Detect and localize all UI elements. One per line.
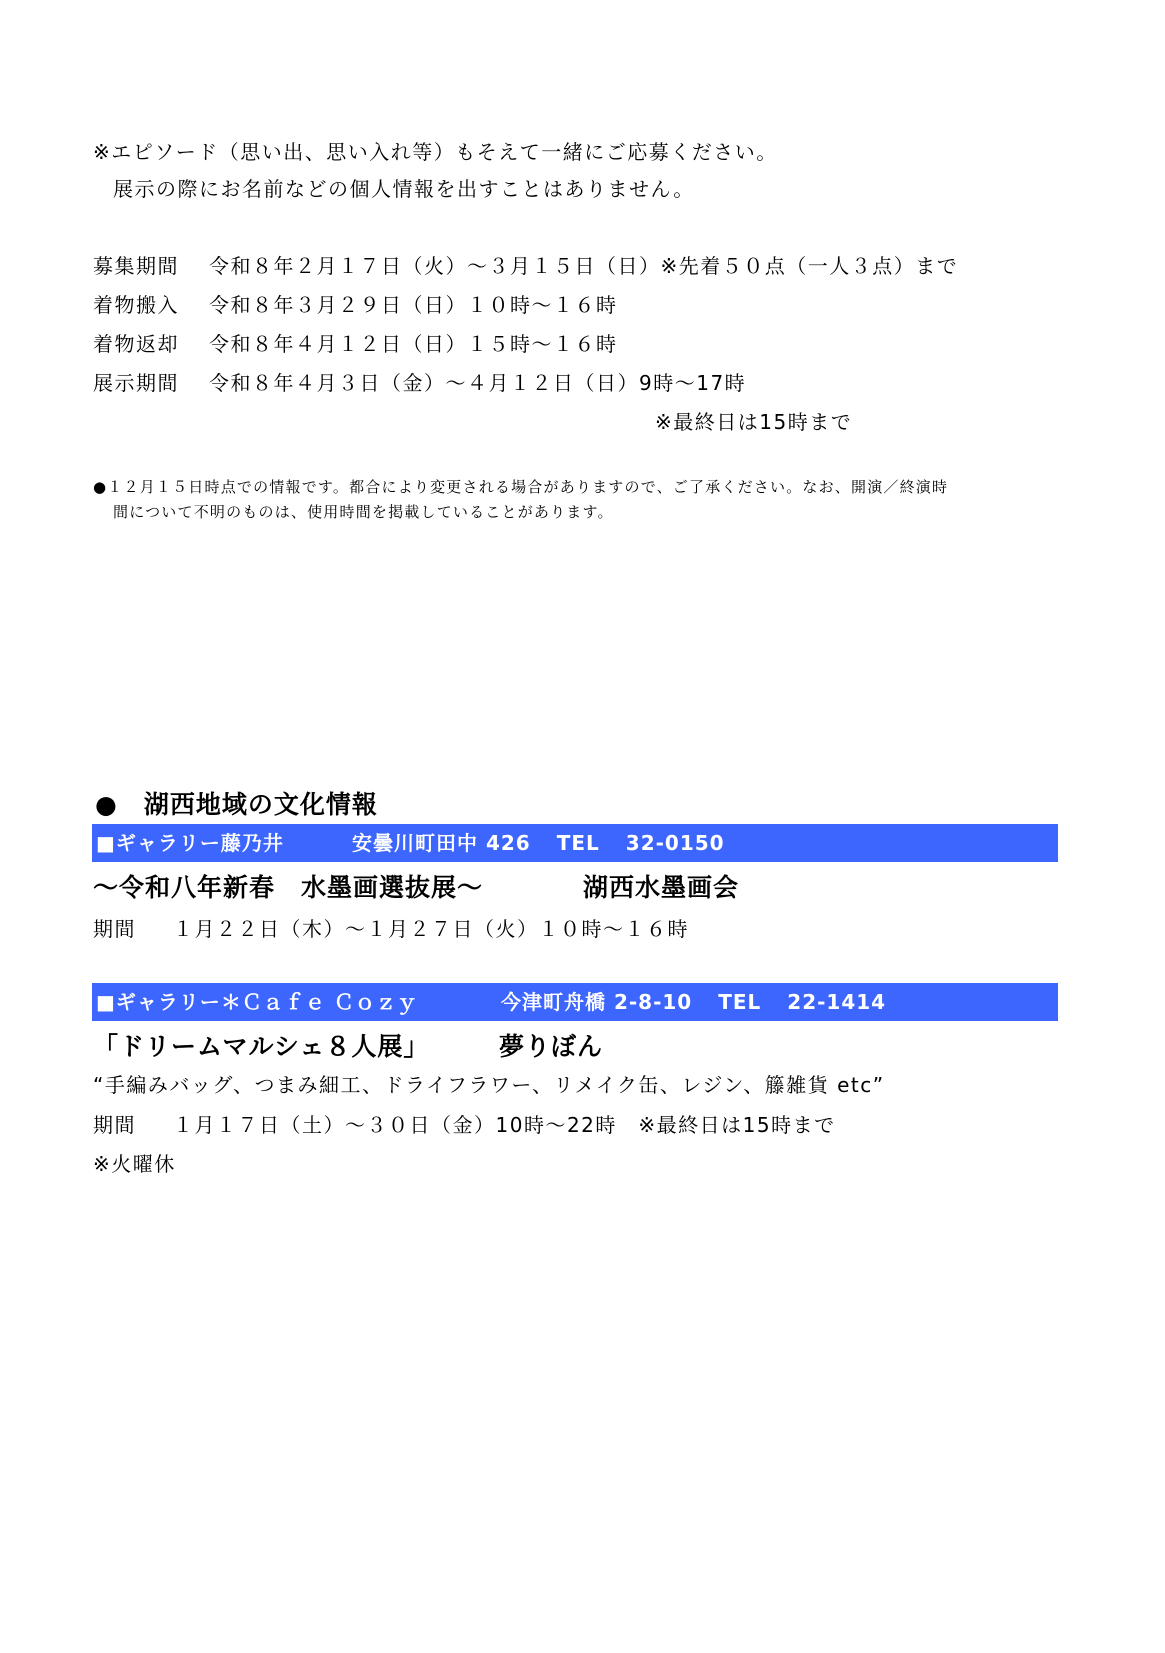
schedule-label: 着物搬入 xyxy=(93,289,209,318)
period-value: １月２２日（木）～１月２７日（火）１０時～１６時 xyxy=(173,917,689,941)
event-organizer: 湖西水墨画会 xyxy=(583,873,739,902)
schedule-value: 令和８年２月１７日（火）～３月１５日（日）※先着５０点（一人３点）まで xyxy=(209,254,958,278)
venue-tel-label: TEL xyxy=(557,824,600,862)
venue-address: 安曇川町田中 426 xyxy=(352,824,531,862)
venue-address: 今津町舟橋 2-8-10 xyxy=(501,983,692,1021)
schedule-label: 着物返却 xyxy=(93,328,209,357)
period-label: 期間 xyxy=(93,913,173,942)
event-title-row: ～令和八年新春 水墨画選抜展～湖西水墨画会 xyxy=(93,868,739,904)
venue-header-bar: ■ギャラリー藤乃井安曇川町田中 426TEL32-0150 xyxy=(92,824,1058,862)
intro-line-1: ※エピソード（思い出、思い入れ等）もそえて一緒にご応募ください。 xyxy=(93,136,778,165)
event-title-row: 「ドリームマルシェ８人展」夢りぼん xyxy=(93,1027,603,1063)
venue-tel: 22-1414 xyxy=(787,983,886,1021)
event-period-row: 期間１月２２日（木）～１月２７日（火）１０時～１６時 xyxy=(93,913,689,942)
intro-line-2: 展示の際にお名前などの個人情報を出すことはありません。 xyxy=(113,173,695,202)
event-description: “手編みバッグ、つまみ細工、ドライフラワー、リメイク缶、レジン、籐雑貨 etc” xyxy=(93,1069,885,1098)
schedule-label: 募集期間 xyxy=(93,250,209,279)
venue-name: ■ギャラリー藤乃井 xyxy=(96,824,352,862)
venue-tel-label: TEL xyxy=(718,983,761,1021)
notice-line-2: 間について不明のものは、使用時間を掲載していることがあります。 xyxy=(113,501,614,522)
event-title: 「ドリームマルシェ８人展」 xyxy=(93,1027,499,1063)
schedule-value: 令和８年４月３日（金）～４月１２日（日）9時～17時 xyxy=(209,371,746,395)
schedule-value: 令和８年４月１２日（日）１５時～１６時 xyxy=(209,332,618,356)
venue-tel: 32-0150 xyxy=(626,824,725,862)
venue-header-bar: ■ギャラリー＊Ｃａｆｅ Ｃｏｚｙ今津町舟橋 2-8-10TEL22-1414 xyxy=(92,983,1058,1021)
schedule-row: 募集期間令和８年２月１７日（火）～３月１５日（日）※先着５０点（一人３点）まで xyxy=(93,250,958,279)
schedule-row: 着物返却令和８年４月１２日（日）１５時～１６時 xyxy=(93,328,618,357)
event-note: ※火曜休 xyxy=(93,1148,176,1177)
period-label: 期間 xyxy=(93,1109,173,1138)
schedule-row: 展示期間令和８年４月３日（金）～４月１２日（日）9時～17時 xyxy=(93,367,746,396)
event-title: ～令和八年新春 水墨画選抜展～ xyxy=(93,868,583,904)
event-period-row: 期間１月１７日（土）～３０日（金）10時～22時 ※最終日は15時まで xyxy=(93,1109,836,1138)
section-title: ● 湖西地域の文化情報 xyxy=(95,785,378,821)
period-value: １月１７日（土）～３０日（金）10時～22時 ※最終日は15時まで xyxy=(173,1113,836,1137)
notice-line-1: ●１２月１５日時点での情報です。都合により変更される場合がありますので、ご了承く… xyxy=(93,476,948,497)
venue-name: ■ギャラリー＊Ｃａｆｅ Ｃｏｚｙ xyxy=(96,983,501,1021)
schedule-row: 着物搬入令和８年３月２９日（日）１０時～１６時 xyxy=(93,289,618,318)
event-organizer: 夢りぼん xyxy=(499,1032,603,1061)
schedule-value: 令和８年３月２９日（日）１０時～１６時 xyxy=(209,293,618,317)
schedule-label: 展示期間 xyxy=(93,367,209,396)
schedule-note: ※最終日は15時まで xyxy=(655,406,852,435)
